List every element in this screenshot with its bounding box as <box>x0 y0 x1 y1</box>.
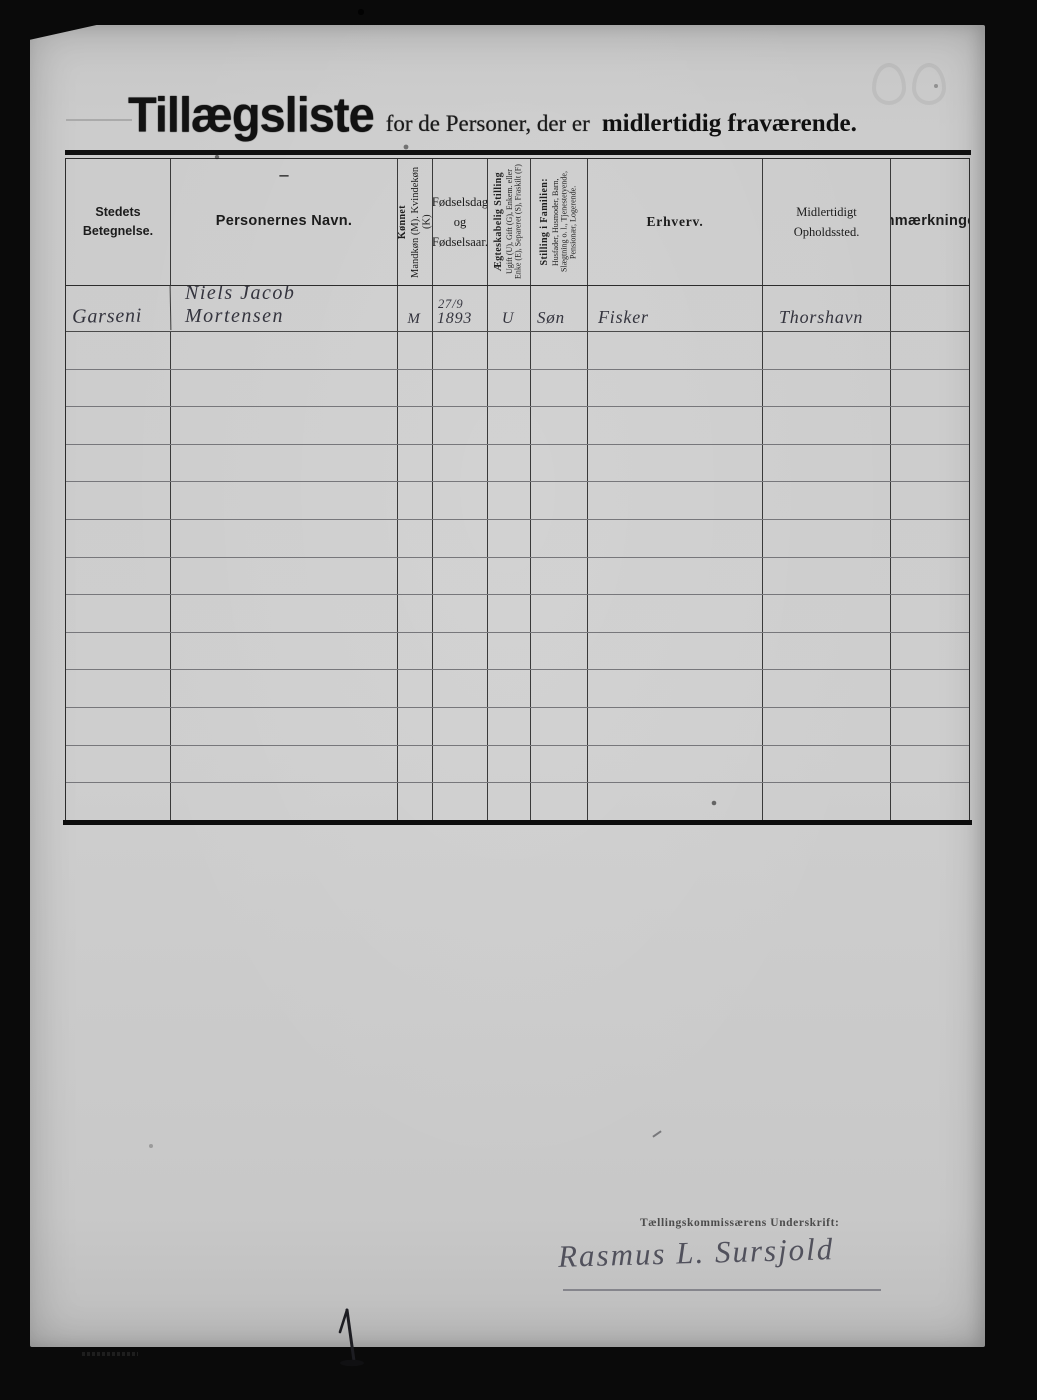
table-cell <box>891 407 969 444</box>
table-row-empty <box>66 595 969 633</box>
table-cell <box>763 670 891 707</box>
table-cell <box>398 783 433 820</box>
scan-artifact-line <box>66 119 132 121</box>
table-cell <box>171 670 398 707</box>
table-cell <box>398 520 433 557</box>
table-cell <box>171 332 398 369</box>
table-cell <box>66 670 171 707</box>
table-cell <box>763 370 891 407</box>
table-cell <box>488 670 531 707</box>
table-cell <box>763 783 891 820</box>
title-bold: midlertidig fraværende. <box>602 110 857 138</box>
table-cell <box>398 595 433 632</box>
table-cell <box>171 595 398 632</box>
cell-sex: M <box>398 286 433 331</box>
table-cell <box>433 332 488 369</box>
table-cell <box>488 783 531 820</box>
table-cell <box>66 708 171 745</box>
table-cell <box>763 445 891 482</box>
header-family-title: Stilling i Familien: <box>540 178 551 265</box>
table-cell <box>588 595 763 632</box>
table-cell <box>891 520 969 557</box>
table-cell <box>433 783 488 820</box>
value-stay: Thorshavn <box>779 307 863 328</box>
table-cell <box>531 633 588 670</box>
table-cell <box>588 482 763 519</box>
value-occupation: Fisker <box>598 307 649 328</box>
table-cell <box>398 332 433 369</box>
table-bottom-rule <box>63 820 972 825</box>
header-stay: Midlertidigt Opholdssted. <box>763 159 891 285</box>
table-cell <box>398 558 433 595</box>
header-sex: Kønnet Mandkøn (M). Kvindekøn (K) <box>398 159 433 285</box>
commissioner-signature: Rasmus L. Sursjold <box>558 1231 835 1275</box>
cell-family: Søn <box>531 286 588 331</box>
table-cell <box>531 370 588 407</box>
header-name: – Personernes Navn. <box>171 159 398 285</box>
table-cell <box>398 708 433 745</box>
empty-rows <box>66 332 969 820</box>
table-cell <box>891 595 969 632</box>
table-cell <box>588 332 763 369</box>
table-cell <box>763 520 891 557</box>
printer-mark <box>82 1352 138 1356</box>
header-place-label: Stedets Betegnelse. <box>83 203 153 241</box>
table-cell <box>588 708 763 745</box>
stray-pen-stroke <box>330 1307 374 1367</box>
table-row-empty <box>66 558 969 596</box>
scan-scratch <box>652 1130 661 1137</box>
header-marital: Ægteskabelig Stilling Ugift (U), Gift (G… <box>488 159 531 285</box>
value-name: Niels Jacob Mortensen <box>185 286 395 328</box>
table-cell <box>398 370 433 407</box>
table-cell <box>891 746 969 783</box>
table-cell <box>891 558 969 595</box>
table-cell <box>763 407 891 444</box>
header-marital-title: Ægteskabelig Stilling <box>494 172 505 271</box>
table-cell <box>433 595 488 632</box>
table-cell <box>531 746 588 783</box>
table-row-empty <box>66 783 969 820</box>
table-cell <box>588 520 763 557</box>
header-remarks-label: Anmærkninger. <box>891 211 969 233</box>
header-family: Stilling i Familien: Husfader, Husmoder,… <box>531 159 588 285</box>
table-cell <box>588 746 763 783</box>
table-cell <box>433 445 488 482</box>
table-cell <box>171 746 398 783</box>
table-row-empty <box>66 520 969 558</box>
table-cell <box>488 708 531 745</box>
table-cell <box>398 482 433 519</box>
title-main: Tillægsliste <box>128 86 374 143</box>
table-cell <box>171 558 398 595</box>
table-cell <box>433 558 488 595</box>
table-cell <box>171 520 398 557</box>
table-cell <box>488 445 531 482</box>
header-place: Stedets Betegnelse. <box>66 159 171 285</box>
table-cell <box>588 670 763 707</box>
table-cell <box>891 482 969 519</box>
table-row-empty <box>66 670 969 708</box>
table-cell <box>531 670 588 707</box>
table-cell <box>531 595 588 632</box>
table-cell <box>588 370 763 407</box>
census-table: Stedets Betegnelse. – Personernes Navn. … <box>65 158 970 820</box>
table-cell <box>531 407 588 444</box>
header-name-label: Personernes Navn. <box>216 211 352 233</box>
table-cell <box>891 332 969 369</box>
signature-label: Tællingskommissærens Underskrift: <box>640 1217 839 1229</box>
table-cell <box>398 633 433 670</box>
table-cell <box>398 445 433 482</box>
table-row-empty <box>66 370 969 408</box>
table-cell <box>398 670 433 707</box>
table-cell <box>531 520 588 557</box>
table-row-empty <box>66 746 969 784</box>
header-birth-label: Fødselsdag og Fødselsaar. <box>433 192 488 252</box>
table-cell <box>433 520 488 557</box>
value-marital: U <box>502 310 514 328</box>
table-cell <box>763 633 891 670</box>
table-cell <box>488 595 531 632</box>
paper-sheet: Tillægsliste for de Personer, der er mid… <box>30 25 985 1347</box>
title-rule <box>65 150 971 155</box>
table-cell <box>433 746 488 783</box>
table-cell <box>531 558 588 595</box>
header-stay-label: Midlertidigt Opholdssted. <box>794 202 860 242</box>
table-cell <box>531 708 588 745</box>
table-cell <box>171 445 398 482</box>
table-cell <box>398 746 433 783</box>
value-birth-day: 27/9 <box>438 298 463 311</box>
table-row-empty <box>66 633 969 671</box>
table-cell <box>66 370 171 407</box>
table-cell <box>588 633 763 670</box>
value-place: Garseni <box>72 305 142 329</box>
table-cell <box>488 633 531 670</box>
table-cell <box>531 445 588 482</box>
table-cell <box>588 445 763 482</box>
table-cell <box>66 520 171 557</box>
table-row-empty <box>66 482 969 520</box>
table-cell <box>433 633 488 670</box>
table-cell <box>588 407 763 444</box>
table-cell <box>588 783 763 820</box>
scan-specks <box>30 25 32 27</box>
table-cell <box>588 558 763 595</box>
header-occupation-label: Erhverv. <box>646 214 703 230</box>
table-cell <box>171 708 398 745</box>
table-cell <box>488 407 531 444</box>
value-sex: M <box>407 311 420 328</box>
table-row-empty <box>66 407 969 445</box>
table-cell <box>488 370 531 407</box>
header-sex-title: Kønnet <box>398 205 409 239</box>
table-cell <box>433 370 488 407</box>
cell-marital: U <box>488 286 531 331</box>
table-cell <box>433 482 488 519</box>
value-family: Søn <box>537 308 565 328</box>
table-cell <box>66 746 171 783</box>
table-cell <box>66 482 171 519</box>
title-rest: for de Personer, der er <box>386 111 590 137</box>
page-title: Tillægsliste for de Personer, der er mid… <box>128 87 857 142</box>
header-birth: Fødselsdag og Fødselsaar. <box>433 159 488 285</box>
table-cell <box>488 332 531 369</box>
table-cell <box>763 746 891 783</box>
cell-stay: Thorshavn <box>763 286 891 331</box>
table-cell <box>171 633 398 670</box>
table-row-empty <box>66 332 969 370</box>
torn-corner <box>29 24 101 40</box>
table-cell <box>66 633 171 670</box>
cell-place: Garseni <box>66 285 172 332</box>
table-cell <box>763 558 891 595</box>
table-cell <box>171 407 398 444</box>
pen-flourish <box>72 285 89 287</box>
table-cell <box>891 633 969 670</box>
table-cell <box>171 482 398 519</box>
table-row-empty <box>66 708 969 746</box>
table-cell <box>66 407 171 444</box>
header-occupation: Erhverv. <box>588 159 763 285</box>
header-family-sub: Husfader, Husmoder, Barn, Slægtning o. l… <box>552 163 578 281</box>
table-cell <box>531 783 588 820</box>
header-marital-sub: Ugift (U), Gift (G), Enkem. eller Enke (… <box>506 163 523 281</box>
table-cell <box>433 407 488 444</box>
cell-remarks <box>891 286 969 331</box>
table-cell <box>891 670 969 707</box>
table-cell <box>433 708 488 745</box>
table-cell <box>433 670 488 707</box>
table-cell <box>763 708 891 745</box>
table-cell <box>171 370 398 407</box>
value-birth-year: 1893 <box>437 310 472 328</box>
stray-dash-mark: – <box>280 165 289 183</box>
header-remarks: Anmærkninger. <box>891 159 969 285</box>
table-cell <box>763 332 891 369</box>
table-header-row: Stedets Betegnelse. – Personernes Navn. … <box>66 159 969 286</box>
table-cell <box>891 708 969 745</box>
table-cell <box>66 595 171 632</box>
table-row-entry: Garseni Niels Jacob Mortensen M 27/9 189… <box>66 286 969 332</box>
table-cell <box>488 482 531 519</box>
table-cell <box>66 783 171 820</box>
faint-pencil-mark <box>872 63 972 111</box>
cell-name: Niels Jacob Mortensen <box>171 286 398 331</box>
table-cell <box>488 520 531 557</box>
scanned-census-page: Tillægsliste for de Personer, der er mid… <box>0 0 1037 1400</box>
cell-occupation: Fisker <box>588 286 763 331</box>
table-cell <box>171 783 398 820</box>
signature-underline <box>563 1289 881 1291</box>
table-cell <box>891 783 969 820</box>
table-row-empty <box>66 445 969 483</box>
table-cell <box>891 445 969 482</box>
table-cell <box>66 558 171 595</box>
table-cell <box>488 746 531 783</box>
header-sex-sub: Mandkøn (M). Kvindekøn (K) <box>410 163 433 281</box>
table-cell <box>66 445 171 482</box>
table-cell <box>66 332 171 369</box>
table-cell <box>398 407 433 444</box>
table-cell <box>763 482 891 519</box>
table-cell <box>531 482 588 519</box>
table-cell <box>891 370 969 407</box>
table-cell <box>763 595 891 632</box>
table-cell <box>488 558 531 595</box>
cell-birth: 27/9 1893 <box>433 286 488 331</box>
table-cell <box>531 332 588 369</box>
